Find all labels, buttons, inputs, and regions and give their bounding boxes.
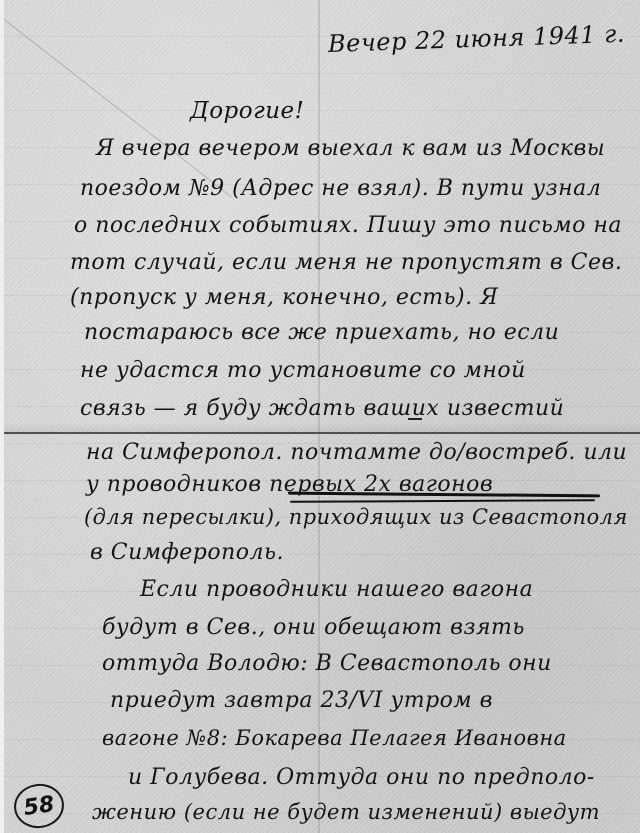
- letter-line-9: на Симферопол. почтамте до/востреб. или: [86, 440, 627, 465]
- letter-line-16: приедут завтра 23/VI утром в: [110, 688, 493, 713]
- letter-line-19: жению (если не будет изменений) выедут: [92, 800, 600, 824]
- letter-line-4: тот случай, если меня не пропустят в Сев…: [70, 250, 622, 275]
- underline-mark: [408, 418, 422, 420]
- letter-line-12: в Симферополь.: [90, 540, 284, 565]
- scan-edge: [0, 0, 4, 833]
- salutation: Дорогие!: [190, 98, 304, 124]
- letter-line-17: вагоне №8: Бокарева Пелагея Ивановна: [102, 726, 567, 750]
- letter-line-15: оттуда Володю: В Севастополь они: [102, 651, 552, 676]
- letter-line-5: (пропуск у меня, конечно, есть). Я: [70, 285, 498, 310]
- letter-line-11: (для пересылки), приходящих из Севастопо…: [84, 505, 628, 529]
- letter-line-1: Я вчера вечером выехал к вам из Москвы: [96, 136, 605, 161]
- letter-line-8: связь — я буду ждать ваших известий: [80, 396, 564, 421]
- letter-line-14: будут в Сев., они обещают взять: [102, 615, 525, 640]
- letter-line-6: постараюсь все же приехать, но если: [84, 320, 559, 345]
- letter-line-7: не удастся то установите со мной: [80, 358, 526, 383]
- letter-line-2: поездом №9 (Адрес не взял). В пути узнал: [80, 176, 601, 201]
- letter-line-13: Если проводники нашего вагона: [140, 577, 533, 602]
- letter-line-18: и Голубева. Оттуда они по предполо-: [128, 765, 595, 790]
- horizontal-fold: [0, 432, 640, 434]
- letter-line-3: о последних событиях. Пишу это письмо на: [74, 213, 622, 238]
